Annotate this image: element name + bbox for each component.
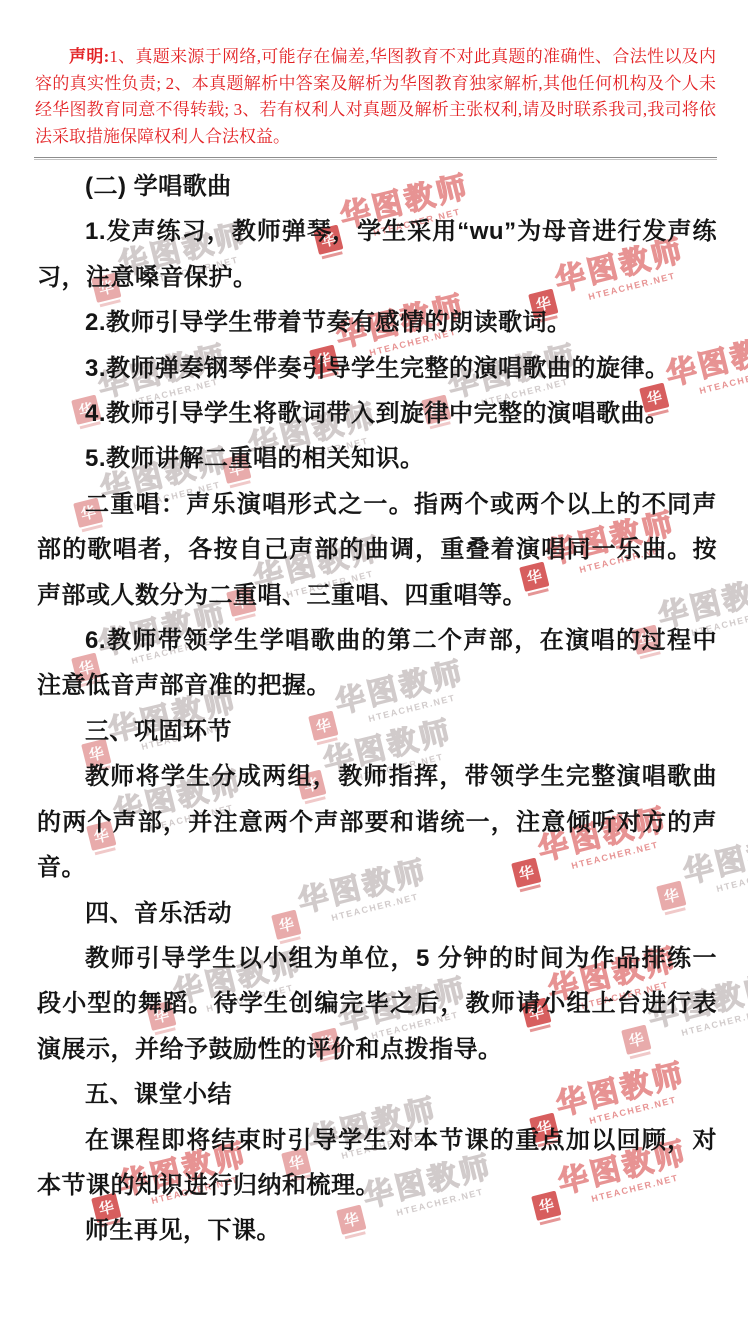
section-divider [34,157,717,160]
paragraph: 1.发声练习，教师弹琴，学生采用“wu”为母音进行发声练习，注意嗓音保护。 [37,209,717,300]
paragraph: 6.教师带领学生学唱歌曲的第二个声部，在演唱的过程中注意低音声部音准的把握。 [37,618,717,709]
paragraph: (二) 学唱歌曲 [37,164,717,209]
paragraph: 三、巩固环节 [37,709,717,754]
paragraph: 4.教师引导学生将歌词带入到旋律中完整的演唱歌曲。 [37,391,717,436]
disclaimer-label: 声明: [69,47,109,66]
paragraph: 四、音乐活动 [37,891,717,936]
paragraph: 教师将学生分成两组，教师指挥，带领学生完整演唱歌曲的两个声部，并注意两个声部要和… [37,754,717,890]
paragraph: 二重唱：声乐演唱形式之一。指两个或两个以上的不同声部的歌唱者，各按自己声部的曲调… [37,482,717,618]
paragraph: 师生再见，下课。 [37,1208,717,1253]
paragraph: 教师引导学生以小组为单位，5 分钟的时间为作品排练一段小型的舞蹈。待学生创编完毕… [37,936,717,1072]
paragraph: 3.教师弹奏钢琴伴奏引导学生完整的演唱歌曲的旋律。 [37,346,717,391]
disclaimer-text: 1、真题来源于网络,可能存在偏差,华图教育不对此真题的准确性、合法性以及内容的真… [35,47,716,146]
paragraph: 五、课堂小结 [37,1072,717,1117]
disclaimer: 声明:1、真题来源于网络,可能存在偏差,华图教育不对此真题的准确性、合法性以及内… [35,44,716,150]
paragraph: 2.教师引导学生带着节奏有感情的朗读歌词。 [37,300,717,345]
content: 声明:1、真题来源于网络,可能存在偏差,华图教育不对此真题的准确性、合法性以及内… [0,44,748,1254]
document-body: (二) 学唱歌曲1.发声练习，教师弹琴，学生采用“wu”为母音进行发声练习，注意… [37,164,717,1254]
paragraph: 在课程即将结束时引导学生对本节课的重点加以回顾，对本节课的知识进行归纳和梳理。 [37,1118,717,1209]
paragraph: 5.教师讲解二重唱的相关知识。 [37,436,717,481]
document-page: 华 华图教师 HTEACHER.NET 华 华图教师 HTEACHER.NET … [0,0,748,1335]
